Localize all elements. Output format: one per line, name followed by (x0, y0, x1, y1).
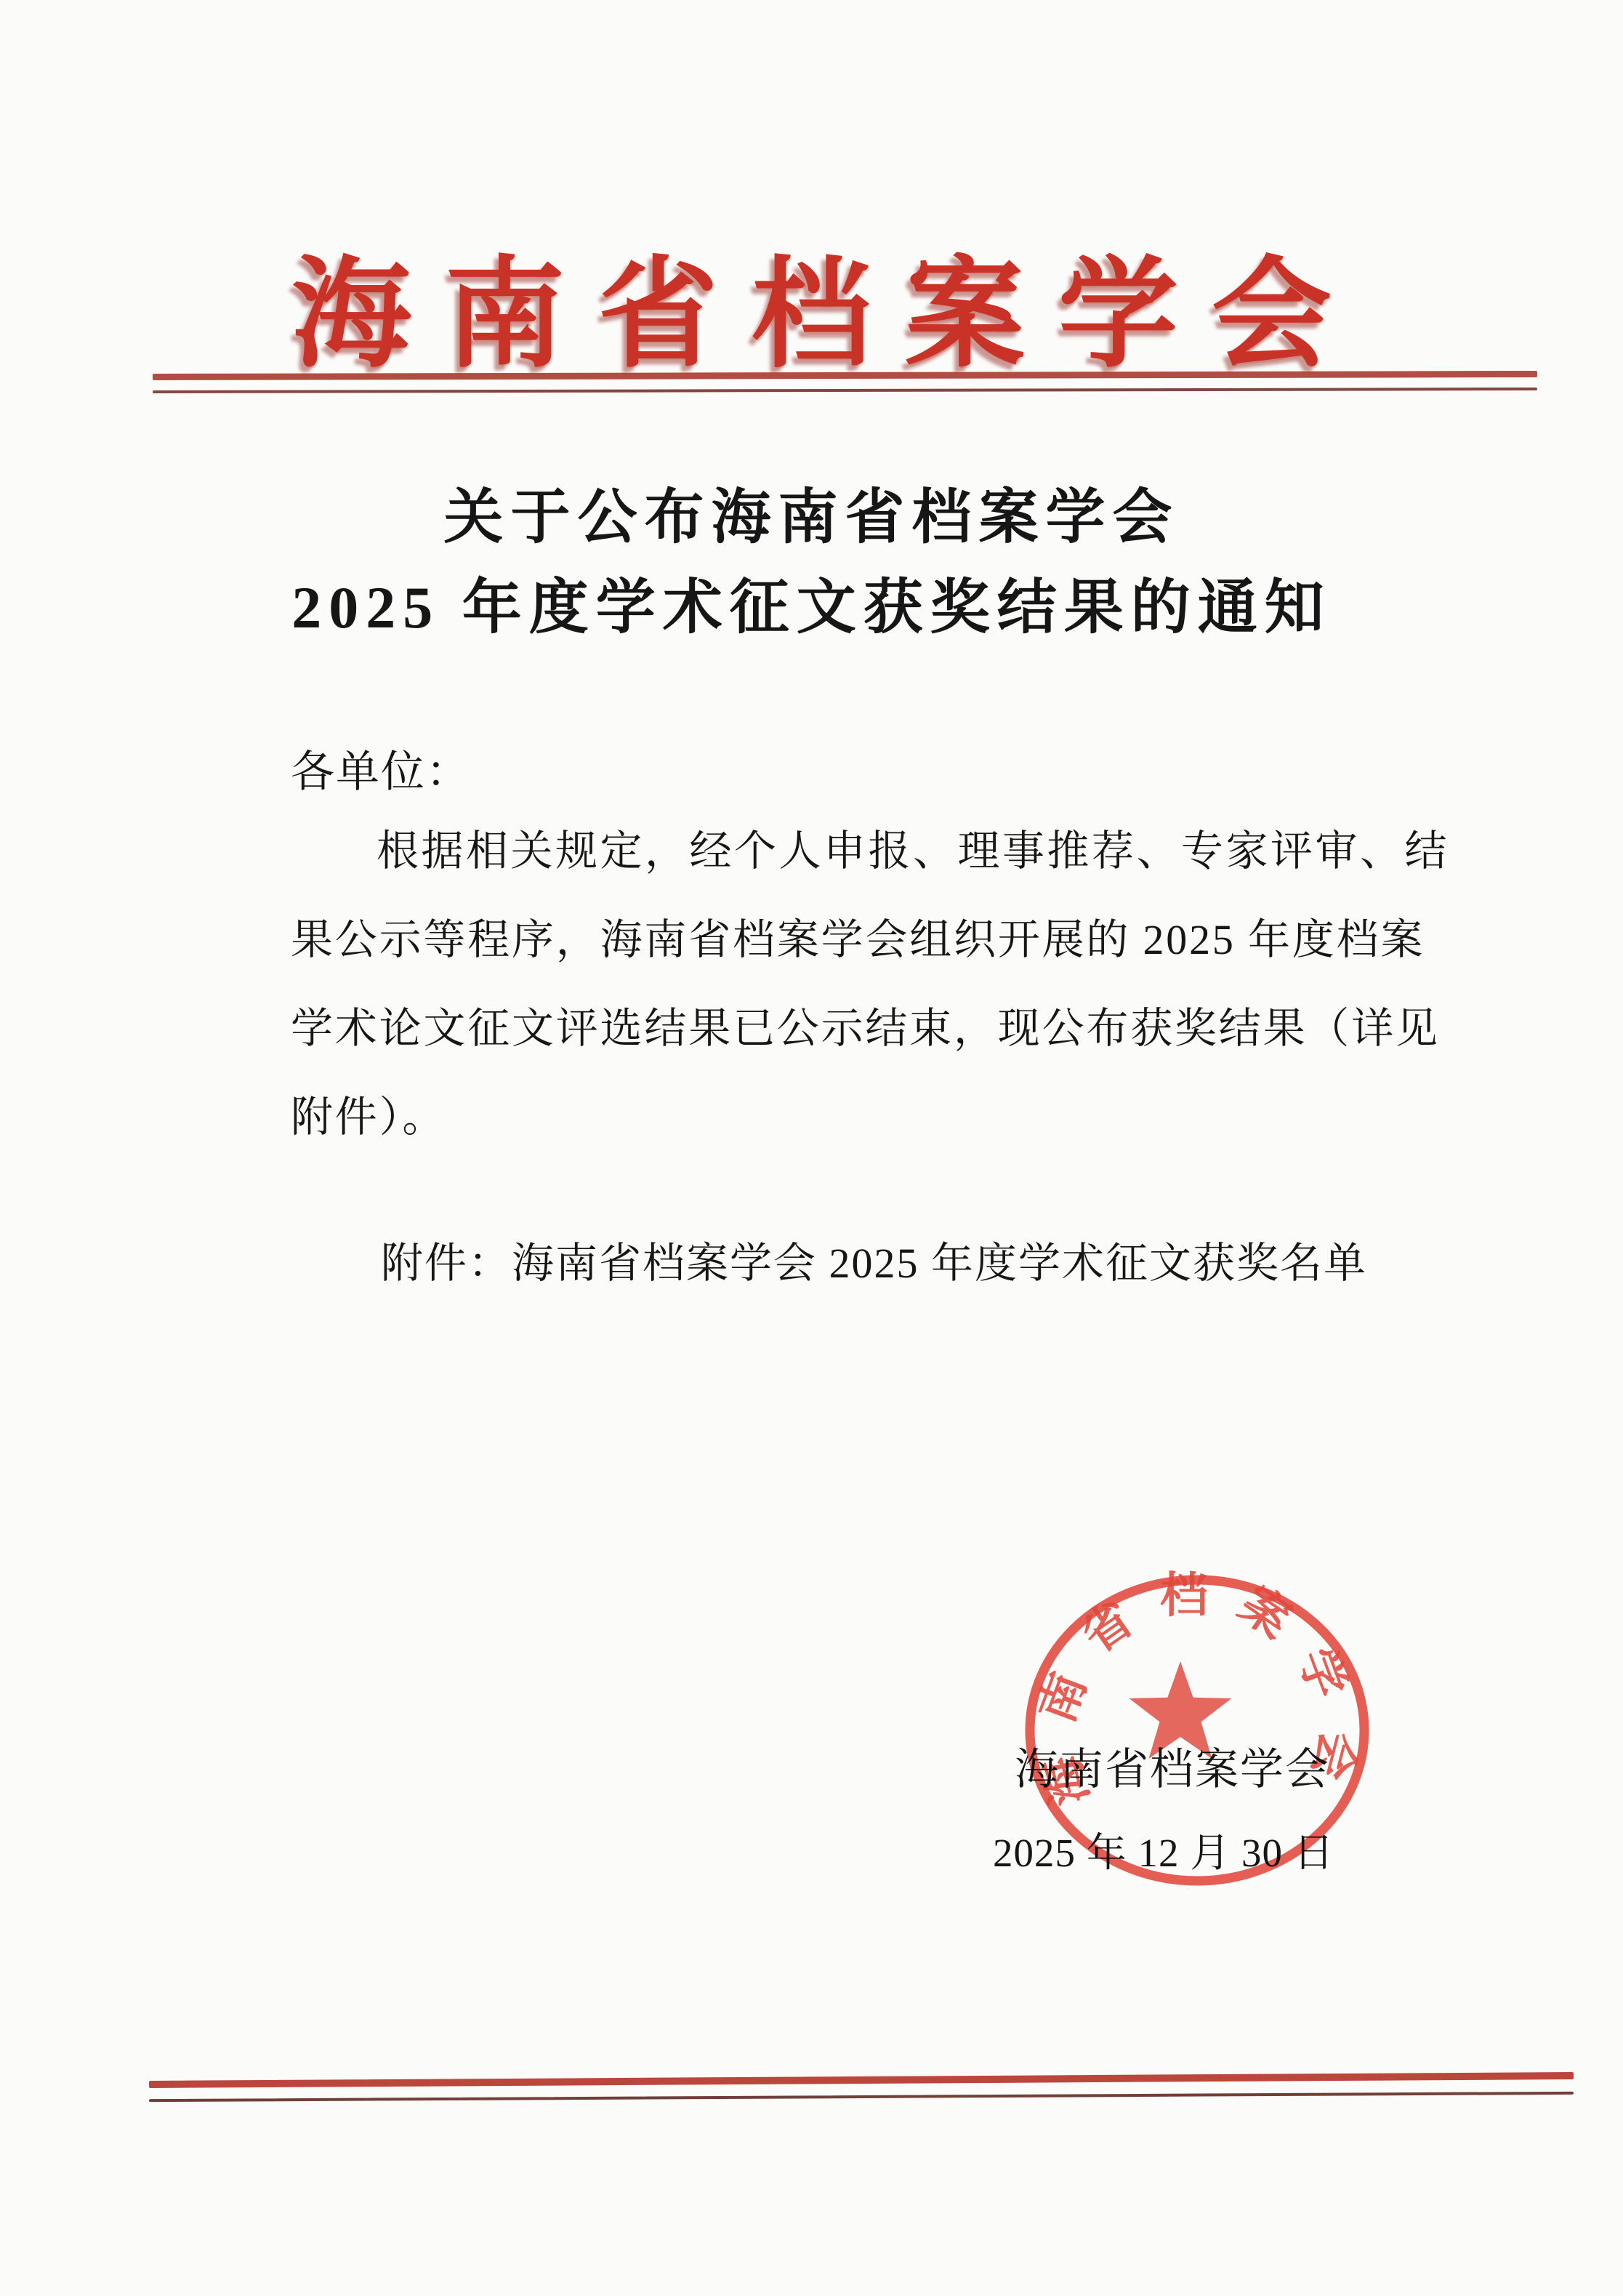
body-line: 根据相关规定，经个人申报、理事推荐、专家评审、结 (376, 816, 1583, 878)
body-line: 果公示等程序，海南省档案学会组织开展的 2025 年度档案 (291, 905, 1497, 966)
body-line: 学术论文征文评选结果已公示结束，现公布获奖结果（详见 (291, 994, 1497, 1055)
letterhead-org-name: 海南省档案学会 (0, 218, 1623, 390)
body-line: 附件）。 (291, 1083, 1497, 1144)
seal-star-icon (1129, 1661, 1232, 1759)
attachment-line: 附件：海南省档案学会 2025 年度学术征文获奖名单 (381, 1229, 1367, 1290)
document-page: 海南省档案学会 关于公布海南省档案学会 2025 年度学术征文获奖结果的通知 各… (0, 0, 1623, 2296)
notice-title-line1: 关于公布海南省档案学会 (0, 470, 1623, 555)
footer-rule-bottom (149, 2092, 1574, 2102)
notice-title-line2: 2025 年度学术征文获奖结果的通知 (0, 560, 1623, 645)
footer-rule-top (149, 2072, 1574, 2088)
salutation: 各单位： (291, 737, 471, 800)
seal-arc-text: 海南省档案学会 (1028, 1570, 1365, 1810)
svg-text:海南省档案学会: 海南省档案学会 (1028, 1570, 1365, 1810)
official-seal: 海南省档案学会 (1019, 1570, 1375, 1892)
